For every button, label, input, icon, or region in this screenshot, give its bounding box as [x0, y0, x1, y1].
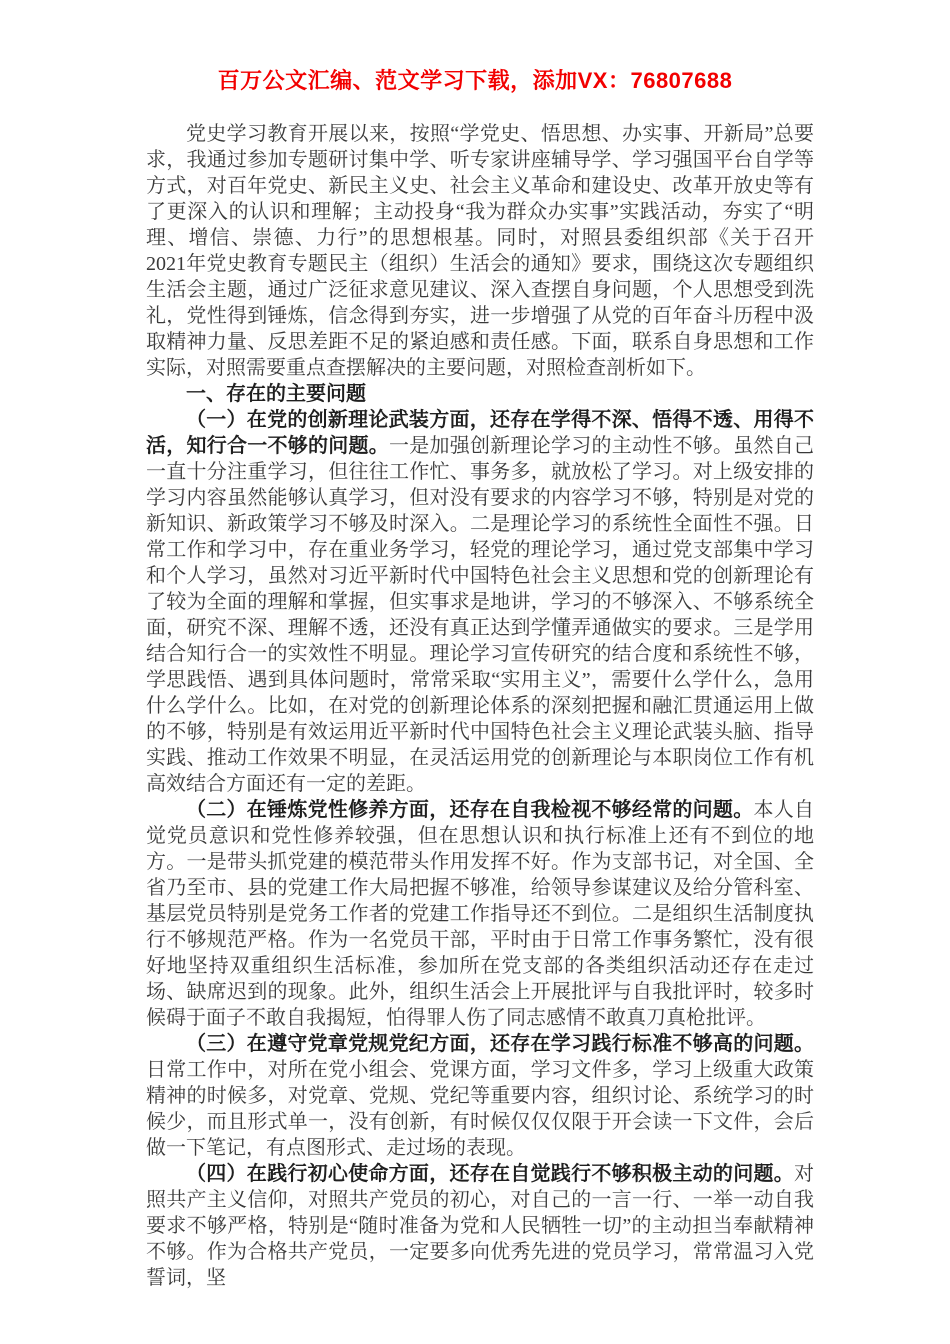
paragraph: （二）在锤炼党性修养方面，还存在自我检视不够经常的问题。本人自觉党员意识和党性修… [146, 797, 814, 1031]
paragraph-text: 本人自觉党员意识和党性修养较强，但在思想认识和执行标准上还有不到位的地方。一是带… [146, 799, 814, 1029]
paragraph: （三）在遵守党章党规党纪方面，还存在学习践行标准不够高的问题。日常工作中，对所在… [146, 1031, 814, 1161]
document-body: 党史学习教育开展以来，按照“学党史、悟思想、办实事、开新局”总要求，我通过参加专… [146, 121, 814, 1291]
paragraph: （四）在践行初心使命方面，还存在自觉践行不够积极主动的问题。对照共产主义信仰，对… [146, 1161, 814, 1291]
paragraph-lead-bold: （二）在锤炼党性修养方面，还存在自我检视不够经常的问题。 [186, 799, 753, 821]
paragraph-text: 日常工作中，对所在党小组会、党课方面，学习文件多，学习上级重大政策精神的时候多，… [146, 1059, 814, 1159]
section-heading: 一、存在的主要问题 [146, 381, 814, 407]
paragraph-lead-bold: （四）在践行初心使命方面，还存在自觉践行不够积极主动的问题。 [186, 1163, 794, 1185]
paragraph-lead-bold: 一、存在的主要问题 [186, 383, 366, 405]
paragraph: （一）在党的创新理论武装方面，还存在学得不深、悟得不透、用得不活，知行合一不够的… [146, 407, 814, 797]
watermark-ad-text: 百万公文汇编、范文学习下载，添加VX：76807688 [0, 64, 950, 95]
paragraph-text: 一是加强创新理论学习的主动性不够。虽然自己一直十分注重学习，但往往工作忙、事务多… [146, 435, 814, 795]
paragraph-text: 党史学习教育开展以来，按照“学党史、悟思想、办实事、开新局”总要求，我通过参加专… [146, 123, 814, 379]
paragraph: 党史学习教育开展以来，按照“学党史、悟思想、办实事、开新局”总要求，我通过参加专… [146, 121, 814, 381]
paragraph-lead-bold: （三）在遵守党章党规党纪方面，还存在学习践行标准不够高的问题。 [186, 1033, 814, 1055]
